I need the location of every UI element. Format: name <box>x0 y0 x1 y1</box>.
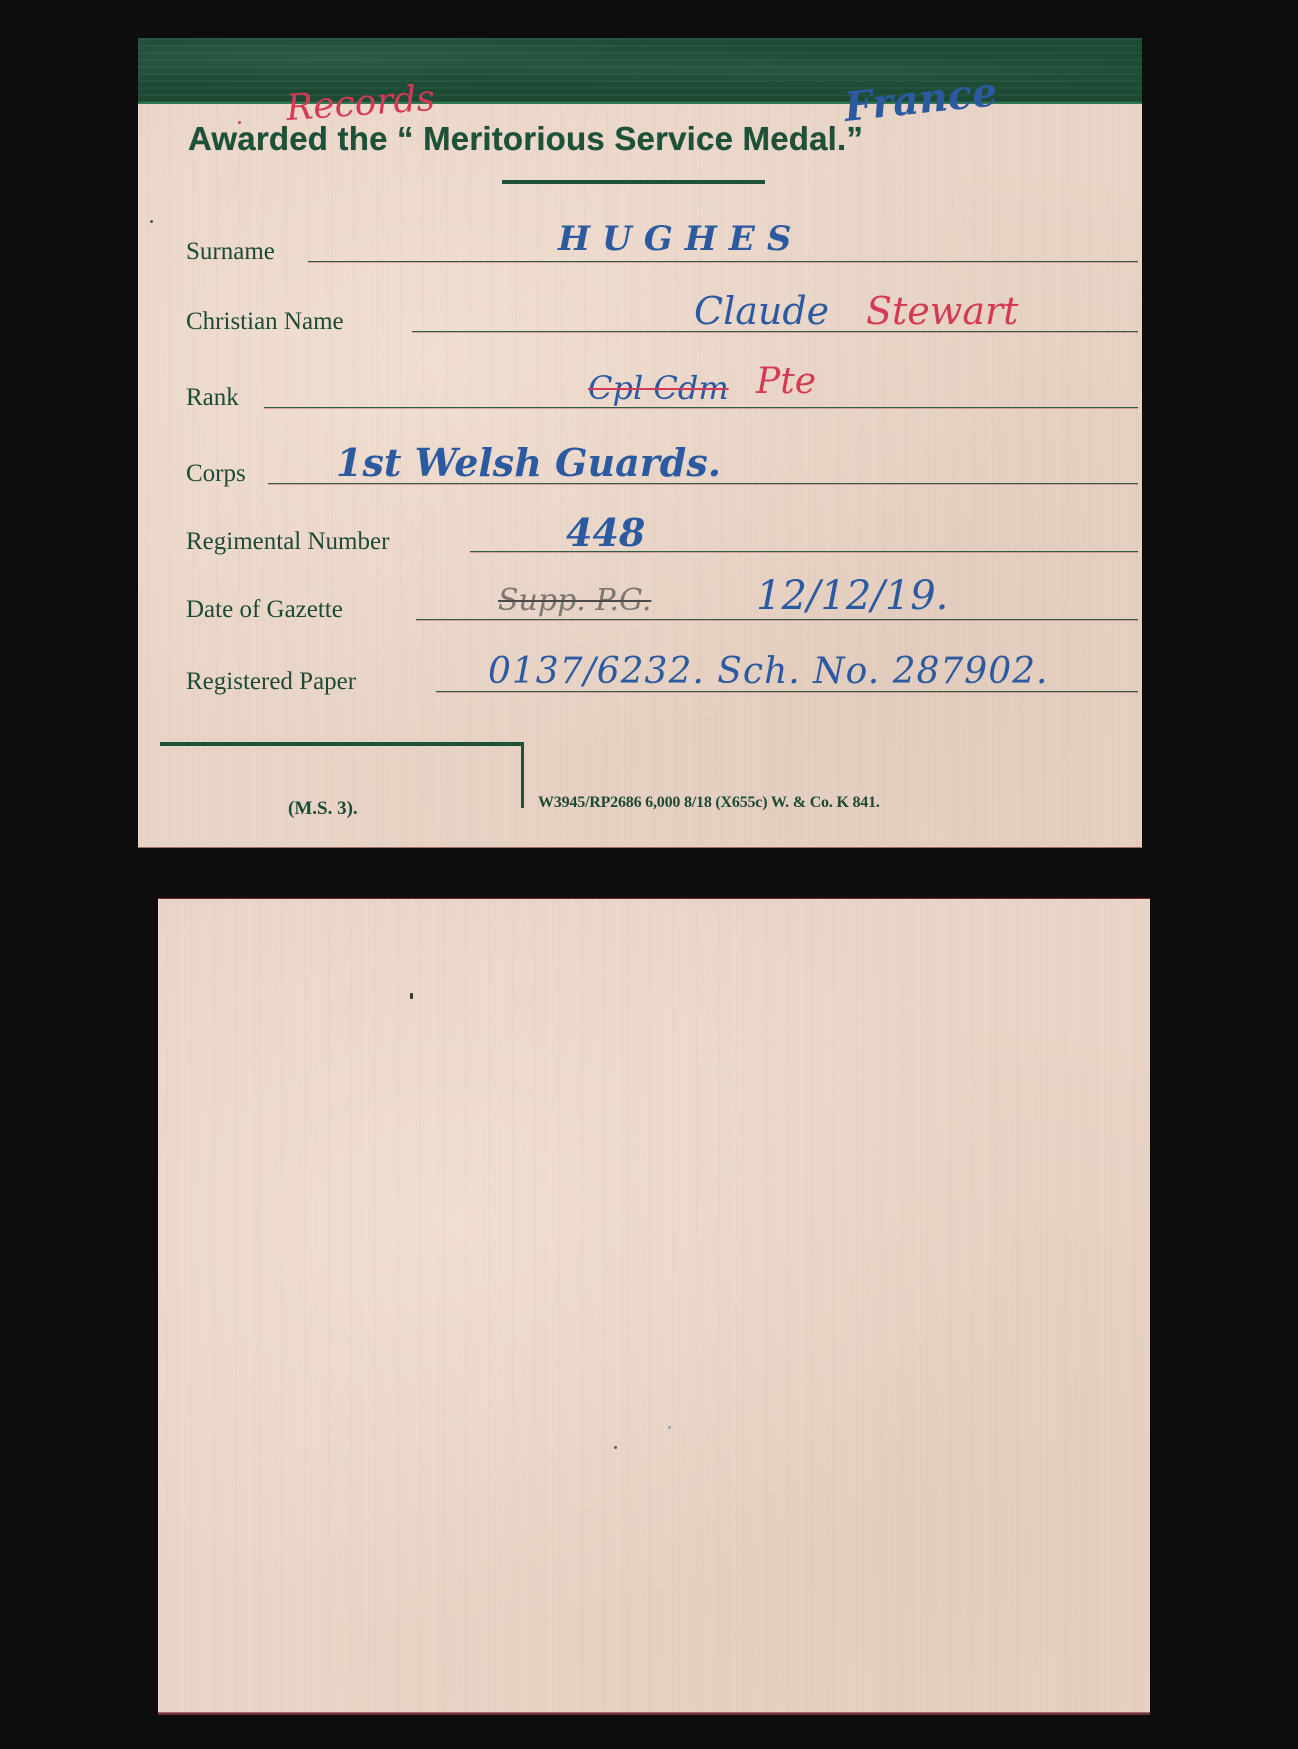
field-label: Rank <box>186 385 239 410</box>
corps-value: 1st Welsh Guards. <box>336 444 721 482</box>
footer-divider <box>521 742 524 808</box>
christian-name-value: Claude <box>694 292 829 330</box>
field-line <box>264 407 1138 408</box>
surname-value: HUGHES <box>558 222 803 256</box>
field-label: Surname <box>186 239 275 264</box>
field-label: Christian Name <box>186 309 344 334</box>
christian-name-correction: Stewart <box>866 292 1018 330</box>
medal-card-front: Records France Awarded the “ Meritorious… <box>138 38 1142 848</box>
field-date-of-gazette: Date of Gazette Supp. P.G. 12/12/19. <box>186 592 1138 622</box>
field-registered-paper: Registered Paper 0137/6232. Sch. No. 287… <box>186 664 1138 694</box>
card-title: Awarded the “ Meritorious Service Medal.… <box>188 120 863 158</box>
field-label: Date of Gazette <box>186 597 343 622</box>
medal-card-back <box>158 898 1150 1715</box>
field-regimental-number: Regimental Number 448 <box>186 524 1138 554</box>
footer-rule <box>160 742 523 746</box>
field-label: Regimental Number <box>186 529 389 554</box>
ink-speck <box>668 1426 671 1429</box>
field-line <box>308 261 1138 262</box>
ink-speck <box>238 121 241 124</box>
title-underline <box>502 180 765 184</box>
print-info: W3945/RP2686 6,000 8/18 (X655c) W. & Co.… <box>538 794 880 812</box>
rank-struck-value: Cpl Cdm <box>588 372 729 404</box>
ink-speck <box>614 1446 617 1449</box>
regimental-number-value: 448 <box>566 514 645 552</box>
field-christian-name: Christian Name Claude Stewart <box>186 304 1138 334</box>
field-line <box>416 619 1138 620</box>
field-label: Registered Paper <box>186 669 356 694</box>
form-code: (M.S. 3). <box>288 798 358 820</box>
field-surname: Surname HUGHES <box>186 234 1138 264</box>
field-rank: Rank Cpl Cdm Pte <box>186 380 1138 410</box>
rank-correction: Pte <box>756 364 816 400</box>
gazette-struck-value: Supp. P.G. <box>498 586 651 616</box>
gazette-date-value: 12/12/19. <box>756 576 948 616</box>
registered-paper-value: 0137/6232. Sch. No. 287902. <box>488 654 1048 690</box>
field-corps: Corps 1st Welsh Guards. <box>186 456 1138 486</box>
ink-speck <box>150 220 153 223</box>
ink-speck <box>410 993 413 999</box>
field-label: Corps <box>186 461 246 486</box>
